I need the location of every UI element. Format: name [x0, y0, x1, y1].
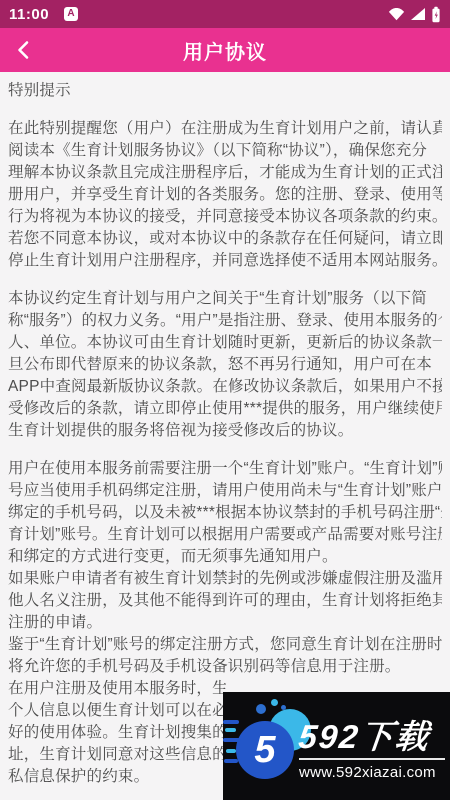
logo-speed-line	[226, 749, 236, 753]
text-line: APP中查阅最新版协议条款。在修改协议条款后，如果用户不接	[8, 376, 442, 398]
text-line: 育计划”账号。生育计划可以根据用户需要或产品需要对账号注册	[8, 524, 442, 546]
text-line: 用户在使用本服务前需要注册一个“生育计划”账户。“生育计划”账	[8, 458, 442, 480]
text-line: 受修改后的条款，请立即停止使用***提供的服务，用户继续使用	[8, 398, 442, 420]
battery-charging-icon	[431, 6, 441, 23]
logo-speed-line	[224, 759, 238, 763]
logo-dot	[271, 699, 278, 706]
text-line: 在此特别提醒您（用户）在注册成为生育计划用户之前，请认真	[8, 118, 442, 140]
logo-speed-line	[225, 728, 236, 732]
paragraphs: 在此特别提醒您（用户）在注册成为生育计划用户之前，请认真阅读本《生育计划服务协议…	[8, 118, 442, 788]
text-line: 行为将视为本协议的接受，并同意接受本协议各项条款的约束。	[8, 206, 442, 228]
app-bar: 用户协议	[0, 28, 450, 72]
text-line: 册用户，并享受生育计划的各类服务。您的注册、登录、使用等	[8, 184, 442, 206]
watermark-brand: 592下载	[297, 711, 433, 758]
wifi-icon	[388, 7, 405, 21]
page-title: 用户协议	[0, 36, 450, 65]
notification-badge-icon: A	[64, 7, 78, 21]
paragraph: 本协议约定生育计划与用户之间关于“生育计划”服务（以下简称“服务”）的权力义务。…	[8, 288, 442, 442]
paragraph: 在此特别提醒您（用户）在注册成为生育计划用户之前，请认真阅读本《生育计划服务协议…	[8, 118, 442, 272]
text-line: 将允许您的手机号码及手机设备识别码等信息用于注册。	[8, 656, 442, 678]
logo-dot	[256, 704, 266, 714]
watermark-banner: 5 592下载 www.592xiazai.com	[223, 692, 450, 800]
text-line: 阅读本《生育计划服务协议》（以下简称“协议”），确保您充分	[8, 140, 442, 162]
text-line: 称“服务”）的权力义务。“用户”是指注册、登录、使用本服务的个	[8, 310, 442, 332]
logo-number: 5	[254, 731, 275, 769]
text-line: 若您不同意本协议，或对本协议中的条款存在任何疑问，请立即	[8, 228, 442, 250]
watermark-url: www.592xiazai.com	[299, 764, 436, 781]
section-title: 特别提示	[8, 80, 442, 102]
logo-speed-line	[223, 738, 241, 742]
status-bar: 11:00 A	[0, 0, 450, 28]
watermark-divider	[299, 758, 445, 760]
text-line: 人、单位。本协议可由生育计划随时更新，更新后的协议条款一	[8, 332, 442, 354]
logo-speed-line	[223, 720, 239, 724]
text-line: 本协议约定生育计划与用户之间关于“生育计划”服务（以下简	[8, 288, 442, 310]
text-line: 和绑定的方式进行变更，而无须事先通知用户。	[8, 546, 442, 568]
logo-circle: 5	[236, 721, 294, 779]
text-line: 停止生育计划用户注册程序，并同意选择使不适用本网站服务。	[8, 250, 442, 272]
text-line: 注册的申请。	[8, 612, 442, 634]
text-line: 如果账户申请者有被生育计划禁封的先例或涉嫌虚假注册及滥用	[8, 568, 442, 590]
app-screen: 11:00 A	[0, 0, 450, 800]
cell-signal-icon	[410, 7, 426, 21]
notification-badge-letter: A	[67, 9, 74, 19]
text-line: 绑定的手机号码，以及未被***根据本协议禁封的手机号码注册“生	[8, 502, 442, 524]
text-line: 理解本协议条款且完成注册程序后，才能成为生育计划的正式注	[8, 162, 442, 184]
text-line: 他人名义注册，及其他不能得到许可的理由，生育计划将拒绝其	[8, 590, 442, 612]
text-line: 号应当使用手机码绑定注册，请用户使用尚未与“生育计划”账户	[8, 480, 442, 502]
text-line: 鉴于“生育计划”账号的绑定注册方式，您同意生育计划在注册时	[8, 634, 442, 656]
agreement-body: 特别提示 在此特别提醒您（用户）在注册成为生育计划用户之前，请认真阅读本《生育计…	[0, 72, 450, 788]
back-button[interactable]	[12, 38, 36, 62]
status-icons	[388, 6, 441, 23]
status-time: 11:00	[9, 6, 49, 23]
logo-dot	[281, 705, 286, 710]
chevron-left-icon	[12, 49, 36, 66]
text-line: 旦公布即代替原来的协议条款，怒不再另行通知，用户可在本	[8, 354, 442, 376]
text-line: 生育计划提供的服务将倍视为接受修改后的协议。	[8, 420, 442, 442]
